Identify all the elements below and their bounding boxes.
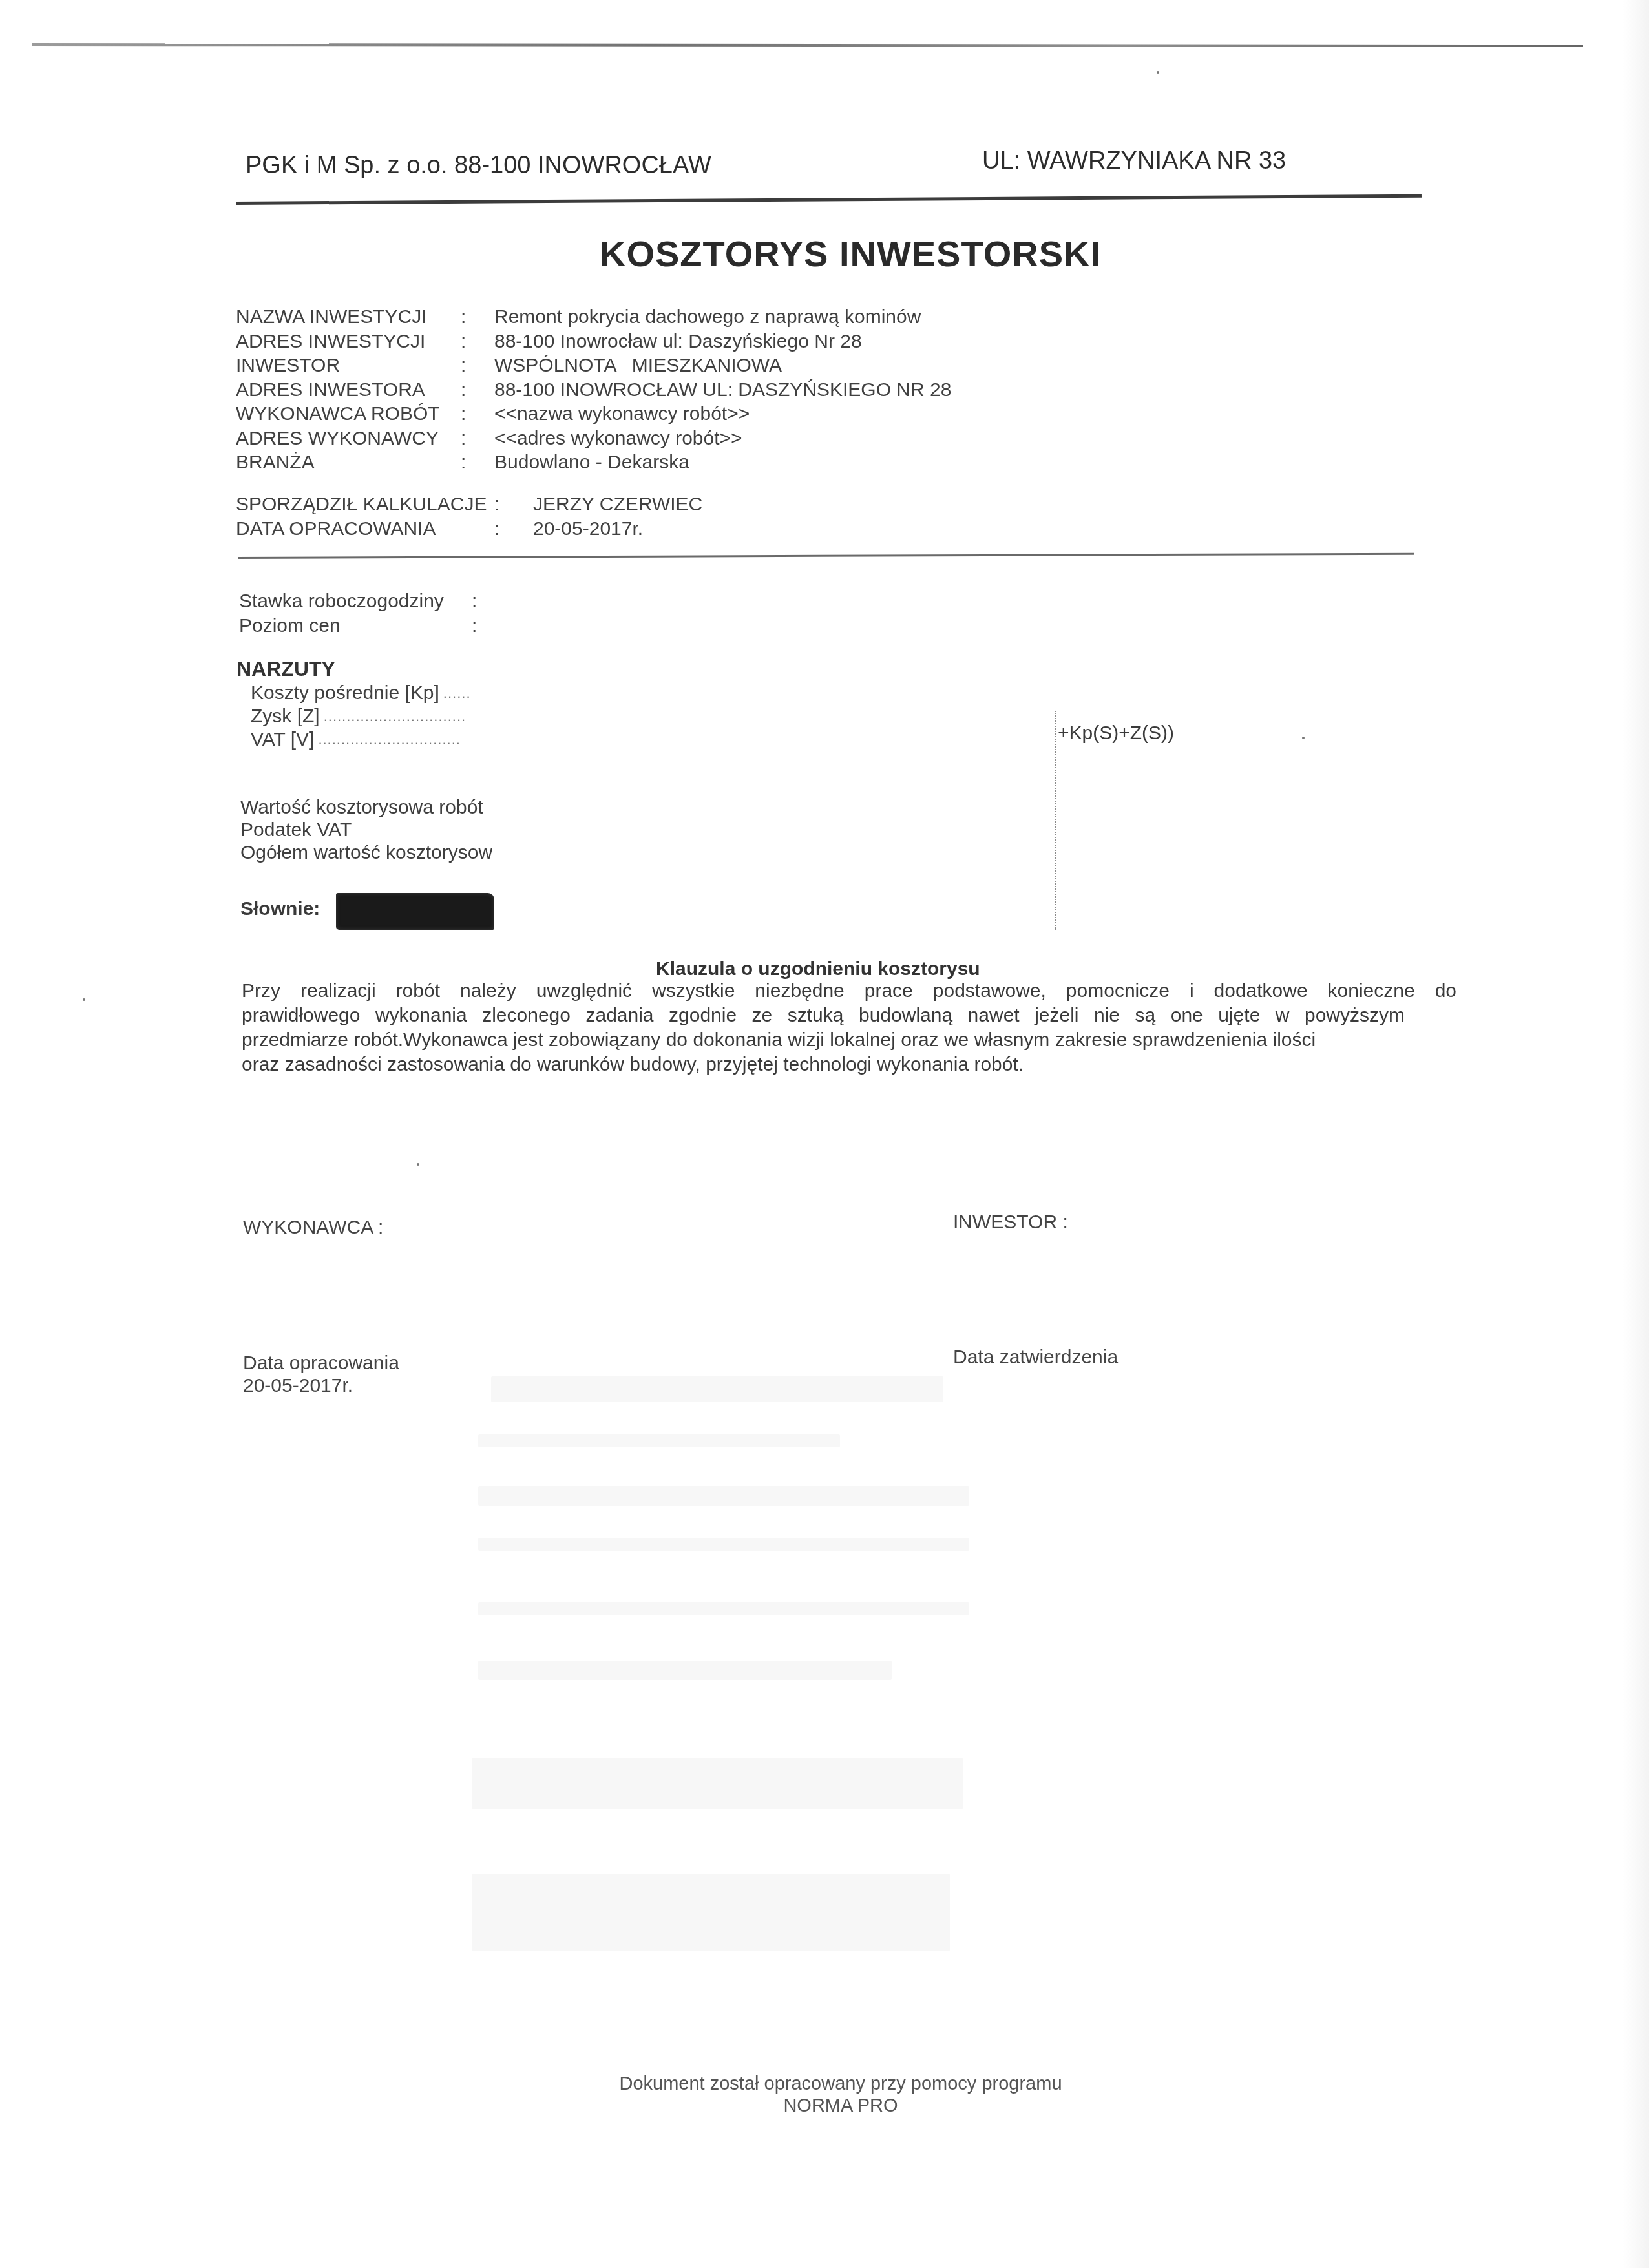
surcharge-label: Zysk [Z] (251, 705, 320, 728)
clause-body: Przy realizacji robót należy uwzględnić … (242, 979, 1456, 1077)
info-row-investment-address: ADRES INWESTYCJI : 88-100 Inowrocław ul:… (236, 330, 951, 354)
reverse-side-bleed (478, 1661, 892, 1680)
footer-line: Dokument został opracowany przy pomocy p… (32, 2073, 1649, 2095)
info-row-investor: INWESTOR : WSPÓLNOTA MIESZKANIOWA (236, 353, 951, 378)
info-label: Stawka roboczogodziny (239, 589, 472, 614)
colon: : (456, 426, 494, 451)
scan-speck (1302, 737, 1305, 739)
calc-row-author: SPORZĄDZIŁ KALKULACJE : JERZY CZERWIEC (236, 492, 702, 517)
info-value: Budowlano - Dekarska (494, 450, 689, 475)
info-row-contractor: WYKONAWCA ROBÓT : <<nazwa wykonawcy robó… (236, 402, 951, 426)
info-label: WYKONAWCA ROBÓT (236, 402, 456, 426)
info-label: BRANŻA (236, 450, 456, 475)
info-label: NAZWA INWESTYCJI (236, 305, 456, 330)
clause-line: przedmiarze robót.Wykonawca jest zobowią… (242, 1028, 1456, 1053)
surcharge-profit: Zysk [Z] ............................... (251, 705, 496, 728)
rate-row-price-level: Poziom cen : (239, 614, 491, 638)
reverse-side-bleed (478, 1486, 969, 1506)
colon: : (494, 517, 533, 541)
surcharge-vat: VAT [V] ............................... (251, 728, 496, 751)
clause-line: prawidłowego wykonania zleconego zadania… (242, 1003, 1405, 1028)
prepared-date-label: Data opracowania (243, 1352, 399, 1374)
clause-line: oraz zasadności zastosowania do warunków… (242, 1053, 1456, 1077)
scan-shadow (1623, 0, 1649, 2268)
surcharge-indirect-costs: Koszty pośrednie [Kp] ...... (251, 682, 496, 705)
surcharges-list: Koszty pośrednie [Kp] ...... Zysk [Z] ..… (251, 682, 496, 751)
header-divider (236, 194, 1422, 205)
totals-list: Wartość kosztorysowa robót Podatek VAT O… (240, 796, 492, 864)
calculation-info: SPORZĄDZIŁ KALKULACJE : JERZY CZERWIEC D… (236, 492, 702, 541)
info-label: SPORZĄDZIŁ KALKULACJE (236, 492, 494, 517)
info-label: DATA OPRACOWANIA (236, 517, 494, 541)
info-label: ADRES WYKONAWCY (236, 426, 456, 451)
prepared-date-block: Data opracowania 20-05-2017r. (243, 1352, 399, 1397)
surcharges-heading: NARZUTY (236, 657, 335, 681)
colon: : (494, 492, 533, 517)
info-value: 88-100 INOWROCŁAW UL: DASZYŃSKIEGO NR 28 (494, 378, 951, 403)
colon: : (456, 330, 494, 354)
reverse-side-bleed (472, 1874, 950, 1951)
section-divider (238, 553, 1414, 559)
calc-row-date: DATA OPRACOWANIA : 20-05-2017r. (236, 517, 702, 541)
info-value: JERZY CZERWIEC (533, 492, 702, 517)
approval-date-label: Data zatwierdzenia (953, 1347, 1118, 1369)
reverse-side-bleed (478, 1434, 840, 1447)
vat-label: Podatek VAT (240, 819, 492, 841)
colon: : (472, 589, 491, 614)
info-row-investment-name: NAZWA INWESTYCJI : Remont pokrycia dacho… (236, 305, 951, 330)
reverse-side-bleed (491, 1376, 943, 1402)
surcharge-formula: +Kp(S)+Z(S)) (1058, 722, 1174, 744)
clause-heading: Klauzula o uzgodnieniu kosztorysu (656, 958, 980, 980)
rates-info: Stawka roboczogodziny : Poziom cen : (239, 589, 491, 638)
scan-speck (417, 1163, 419, 1166)
reverse-side-bleed (478, 1538, 969, 1551)
info-value: <<nazwa wykonawcy robót>> (494, 402, 750, 426)
surcharge-label: Koszty pośrednie [Kp] (251, 682, 439, 705)
grand-total-label: Ogółem wartość kosztorysowa (240, 841, 492, 864)
colon: : (456, 450, 494, 475)
info-label: INWESTOR (236, 353, 456, 378)
document-title: KOSZTORYS INWESTORSKI (0, 233, 1649, 275)
reverse-side-bleed (478, 1602, 969, 1615)
colon: : (456, 305, 494, 330)
info-label: ADRES INWESTORA (236, 378, 456, 403)
contractor-signature-label: WYKONAWCA : (243, 1217, 383, 1239)
info-value: WSPÓLNOTA MIESZKANIOWA (494, 353, 782, 378)
leader-dots: ...... (439, 682, 496, 705)
scan-speck (1157, 71, 1159, 74)
colon: : (472, 614, 491, 638)
redacted-amount (336, 893, 494, 930)
leader-dots: ............................... (320, 705, 496, 728)
footer-note: Dokument został opracowany przy pomocy p… (0, 2073, 1649, 2117)
investor-signature-label: INWESTOR : (953, 1212, 1068, 1234)
amount-in-words-label: Słownie: (240, 898, 320, 920)
colon: : (456, 353, 494, 378)
total-cost-estimate-label: Wartość kosztorysowa robót (240, 796, 492, 819)
prepared-date-value: 20-05-2017r. (243, 1374, 399, 1397)
info-value: <<adres wykonawcy robót>> (494, 426, 742, 451)
rate-row-labor: Stawka roboczogodziny : (239, 589, 491, 614)
info-label: Poziom cen (239, 614, 472, 638)
info-value: 20-05-2017r. (533, 517, 643, 541)
info-row-contractor-address: ADRES WYKONAWCY : <<adres wykonawcy robó… (236, 426, 951, 451)
investment-info-table: NAZWA INWESTYCJI : Remont pokrycia dacho… (236, 305, 951, 475)
info-row-investor-address: ADRES INWESTORA : 88-100 INOWROCŁAW UL: … (236, 378, 951, 403)
colon: : (456, 402, 494, 426)
colon: : (456, 378, 494, 403)
reverse-side-bleed (472, 1758, 963, 1809)
leader-dots: ............................... (314, 728, 496, 751)
surcharge-label: VAT [V] (251, 728, 314, 751)
footer-program-name: NORMA PRO (32, 2095, 1649, 2117)
company-name: PGK i M Sp. z o.o. 88-100 INOWROCŁAW (246, 152, 711, 180)
clause-line: Przy realizacji robót należy uwzględnić … (242, 979, 1456, 1003)
info-row-trade: BRANŻA : Budowlano - Dekarska (236, 450, 951, 475)
scan-edge-line (32, 43, 1583, 47)
scan-speck (83, 998, 85, 1001)
info-label: ADRES INWESTYCJI (236, 330, 456, 354)
company-address: UL: WAWRZYNIAKA NR 33 (982, 147, 1286, 175)
info-value: Remont pokrycia dachowego z naprawą komi… (494, 305, 921, 330)
info-value: 88-100 Inowrocław ul: Daszyńskiego Nr 28 (494, 330, 862, 354)
